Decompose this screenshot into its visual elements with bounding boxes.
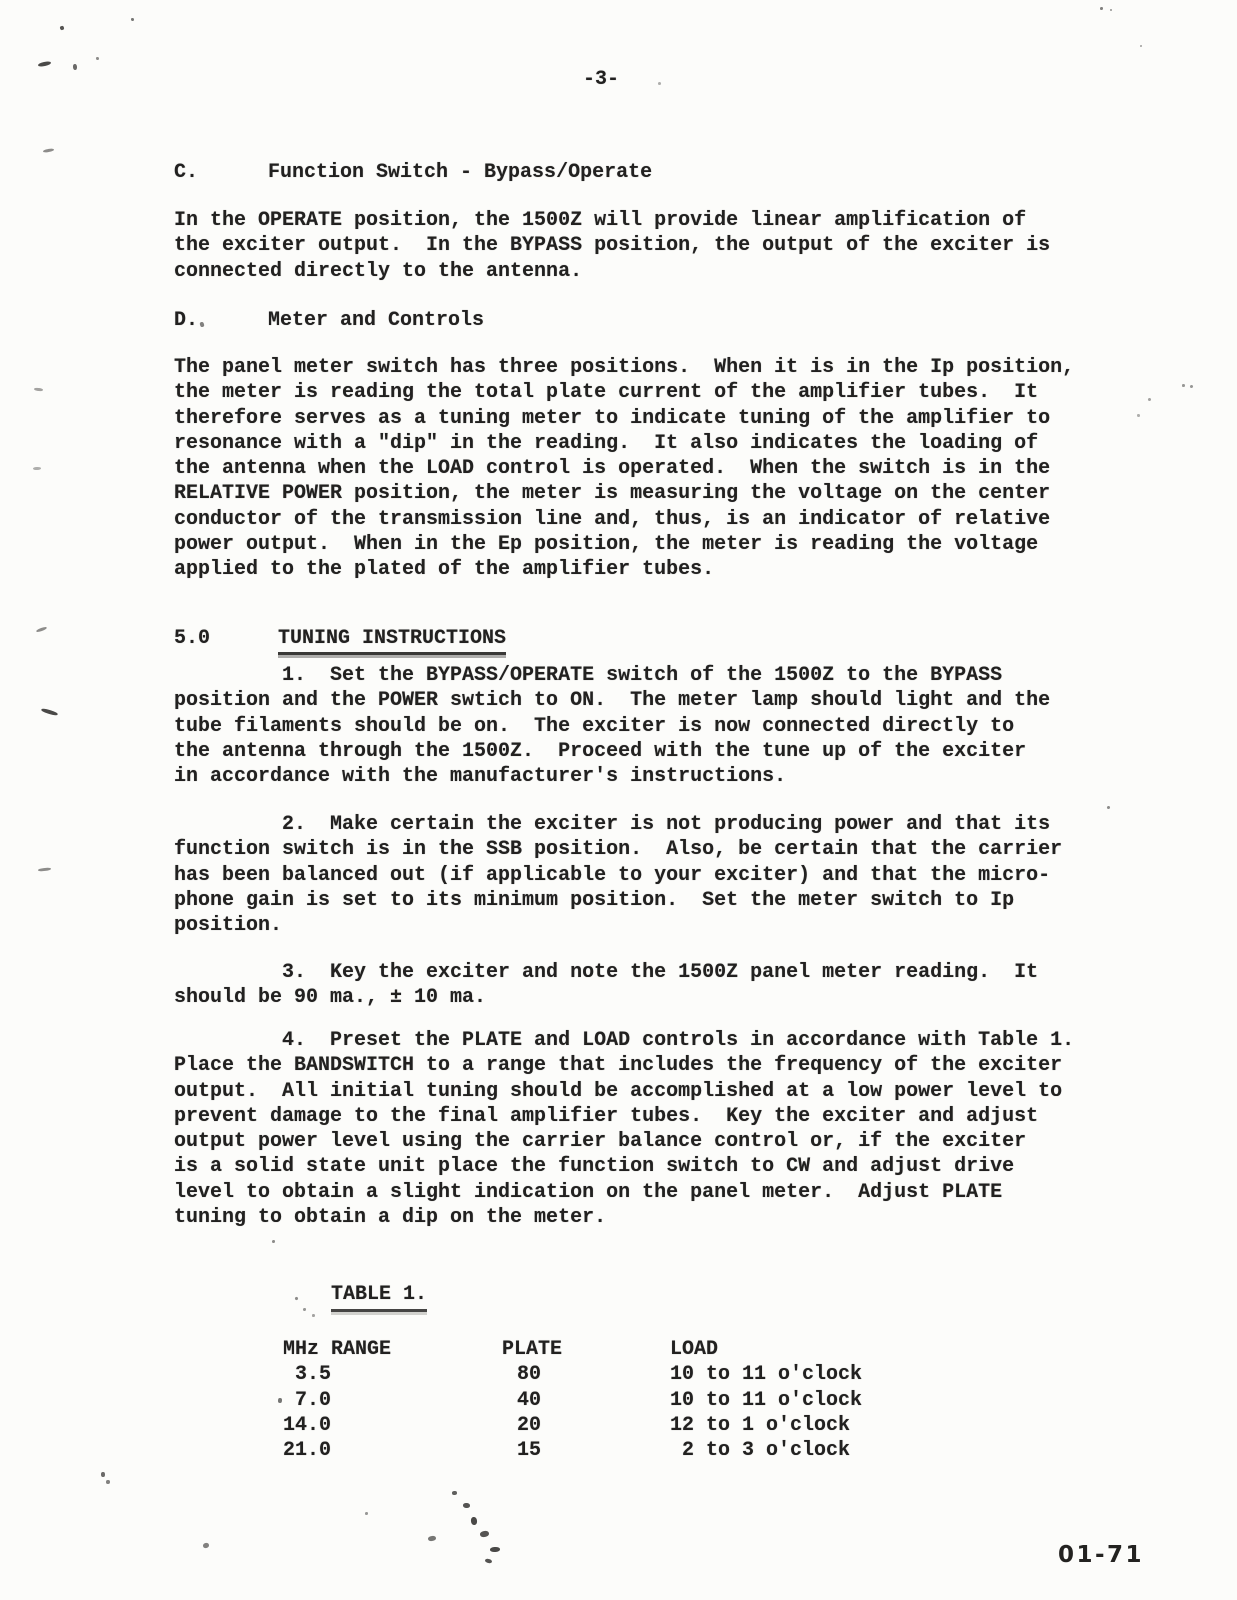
- cell-mhz: 3.5: [283, 1362, 331, 1387]
- section-d-heading: D. Meter and Controls: [174, 308, 484, 333]
- ink-speck: [1148, 398, 1152, 402]
- cell-plate: 20: [502, 1413, 670, 1438]
- ink-speck: [365, 1512, 368, 1515]
- cell-load: 2 to 3 o'clock: [670, 1438, 862, 1463]
- heading-gap: [198, 308, 268, 333]
- cell-load: 10 to 11 o'clock: [670, 1362, 862, 1387]
- section-c-paragraph: In the OPERATE position, the 1500Z will …: [174, 208, 1050, 284]
- ink-speck: [1100, 7, 1103, 10]
- ink-speck: [33, 467, 41, 470]
- cell-mhz: 7.0: [283, 1388, 331, 1413]
- heading-gap: [198, 160, 268, 185]
- section-tuning-heading: 5.0 TUNING INSTRUCTIONS: [174, 626, 506, 652]
- ink-speck: [38, 867, 51, 871]
- ink-speck: [463, 1503, 470, 1508]
- table-1-header-row: MHz RANGE PLATE LOAD: [283, 1337, 862, 1362]
- ink-speck: [278, 1398, 282, 1403]
- ink-speck: [490, 1547, 500, 1553]
- section-c-label: C.: [174, 160, 198, 185]
- ink-speck: [452, 1491, 457, 1495]
- ink-speck: [36, 626, 47, 633]
- cell-mhz: 14.0: [283, 1413, 331, 1438]
- ink-speck: [1182, 384, 1185, 387]
- tuning-step-3: 3. Key the exciter and note the 1500Z pa…: [174, 960, 1038, 1011]
- ink-speck: [1190, 385, 1194, 389]
- section-d-paragraph: The panel meter switch has three positio…: [174, 355, 1074, 583]
- ink-speck: [60, 26, 65, 31]
- page-number: -3-: [583, 67, 619, 92]
- table-row: 3.5 80 10 to 11 o'clock: [283, 1362, 862, 1387]
- ink-speck: [1137, 414, 1140, 417]
- section-c-heading: C. Function Switch - Bypass/Operate: [174, 160, 652, 185]
- section-tuning-label: 5.0: [174, 626, 278, 652]
- ink-speck: [480, 1530, 490, 1537]
- ink-speck: [1140, 45, 1142, 47]
- ink-speck: [1110, 9, 1112, 11]
- footer-date-code: 01-71: [1058, 1543, 1144, 1568]
- ink-speck: [43, 148, 54, 153]
- ink-speck: [101, 1472, 105, 1477]
- table-row: 21.0 15 2 to 3 o'clock: [283, 1438, 862, 1463]
- cell-plate: 80: [502, 1362, 670, 1387]
- cell-plate: 40: [502, 1388, 670, 1413]
- scanned-document-page: -3- C. Function Switch - Bypass/Operate …: [0, 0, 1237, 1600]
- ink-speck: [34, 388, 43, 392]
- ink-speck: [428, 1535, 437, 1541]
- table-row: 14.0 20 12 to 1 o'clock: [283, 1413, 862, 1438]
- section-c-title: Function Switch - Bypass/Operate: [268, 160, 652, 185]
- ink-speck: [41, 708, 58, 717]
- ink-speck: [1107, 806, 1111, 810]
- column-header-plate: PLATE: [502, 1337, 670, 1362]
- table-1-title-text: TABLE 1.: [331, 1282, 427, 1308]
- ink-speck: [485, 1558, 493, 1564]
- cell-load: 10 to 11 o'clock: [670, 1388, 862, 1413]
- ink-speck: [312, 1314, 315, 1317]
- ink-speck: [106, 1480, 110, 1484]
- ink-speck: [272, 1240, 275, 1243]
- tuning-step-2: 2. Make certain the exciter is not produ…: [174, 812, 1062, 938]
- ink-speck: [202, 1542, 209, 1548]
- column-header-mhz-range: MHz RANGE: [283, 1337, 502, 1362]
- tuning-step-4: 4. Preset the PLATE and LOAD controls in…: [174, 1028, 1074, 1230]
- table-1: MHz RANGE PLATE LOAD 3.5 80 10 to 11 o'c…: [283, 1337, 862, 1463]
- table-row: 7.0 40 10 to 11 o'clock: [283, 1388, 862, 1413]
- ink-speck: [471, 1517, 478, 1526]
- ink-speck: [96, 57, 100, 61]
- cell-load: 12 to 1 o'clock: [670, 1413, 862, 1438]
- section-tuning-title: TUNING INSTRUCTIONS: [278, 626, 506, 652]
- ink-speck: [658, 82, 662, 86]
- ink-speck: [38, 61, 52, 68]
- column-header-load: LOAD: [670, 1337, 862, 1362]
- section-d-label: D.: [174, 308, 198, 333]
- cell-plate: 15: [502, 1438, 670, 1463]
- section-d-title: Meter and Controls: [268, 308, 484, 333]
- cell-mhz: 21.0: [283, 1438, 331, 1463]
- ink-speck: [73, 64, 78, 70]
- table-1-title: TABLE 1.: [283, 1257, 427, 1334]
- tuning-step-1: 1. Set the BYPASS/OPERATE switch of the …: [174, 663, 1050, 789]
- ink-speck: [131, 18, 134, 21]
